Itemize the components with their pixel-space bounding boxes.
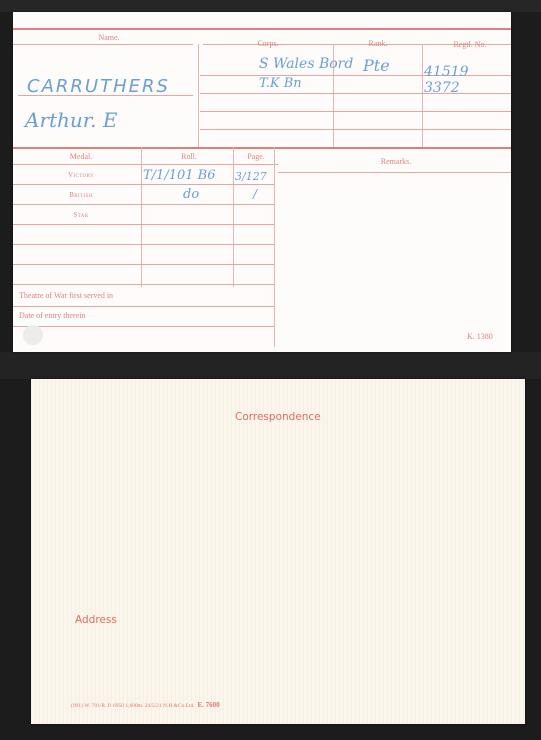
regtl-no-header: Regtl. No.: [453, 40, 486, 49]
medal-row-line: [13, 224, 274, 225]
victory-roll-entry: T/1/101 B6: [143, 168, 215, 183]
corps-header: Corps.: [257, 39, 278, 48]
medal-star-label: Star: [73, 211, 88, 219]
medal-header: Medal.: [70, 152, 92, 161]
correspondence-heading: Correspondence: [235, 411, 321, 423]
regtl-no-entry-1: 41519: [424, 64, 469, 80]
date-rule: [13, 326, 274, 327]
page-header: Page.: [247, 152, 265, 161]
theatre-rule: [13, 306, 274, 307]
scan-background-top: [0, 0, 541, 12]
name-header-rule: [13, 44, 193, 45]
corps-entry-2: T.K Bn: [259, 76, 302, 91]
british-roll-entry: do: [183, 187, 199, 202]
medal-row-line: [13, 264, 274, 265]
name-corps-divider: [198, 44, 199, 149]
rank-entry: Pte: [363, 56, 390, 75]
theatre-of-war-label: Theatre of War first served in: [19, 291, 113, 300]
printer-code: E. 7600: [198, 701, 220, 709]
medal-roll-divider: [141, 147, 142, 287]
top-rule: [13, 28, 511, 30]
british-page-entry: /: [253, 187, 257, 201]
medal-row-line: [13, 284, 274, 285]
row-line: [200, 111, 511, 112]
name-header: Name.: [98, 33, 119, 42]
medal-index-card-back: Correspondence Address (991) W. 701/R. P…: [31, 379, 525, 724]
medal-british-label: British: [69, 191, 93, 199]
roll-header: Roll.: [181, 152, 197, 161]
medal-row-line: [13, 244, 274, 245]
rank-regtl-divider: [422, 44, 423, 149]
address-heading: Address: [75, 614, 117, 626]
printer-imprint: (991) W. 701/R. P. 6950 1,600m. 24/5/21 …: [71, 701, 220, 709]
corps-entry-1: S Wales Bord: [259, 56, 353, 72]
page-remarks-divider: [274, 147, 275, 347]
printer-imprint-text: (991) W. 701/R. P. 6950 1,600m. 24/5/21 …: [71, 703, 195, 709]
row-line: [200, 93, 511, 94]
medal-victory-label: Victory: [68, 171, 94, 179]
remarks-header-rule: [278, 172, 511, 173]
forenames-entry: Arthur. E: [25, 108, 117, 132]
remarks-header: Remarks.: [381, 157, 411, 166]
ink-stamp-mark: [23, 325, 43, 345]
regtl-no-entry-2: 3372: [424, 80, 460, 96]
medal-header-rule: [13, 164, 278, 165]
rank-header: Rank.: [369, 39, 388, 48]
medal-index-card-front: Name. Corps. Rank. Regtl. No. CARRUTHERS…: [13, 12, 511, 352]
row-line: [200, 129, 511, 130]
date-of-entry-label: Date of entry therein: [19, 311, 85, 320]
scan-background-middle: [0, 352, 541, 379]
surname-entry: CARRUTHERS: [27, 76, 170, 97]
section-rule: [13, 147, 511, 149]
roll-page-divider: [233, 147, 234, 287]
victory-page-entry: 3/127: [235, 170, 267, 183]
form-number: K. 1380: [467, 332, 493, 341]
medal-row-line: [13, 184, 274, 185]
medal-row-line: [13, 204, 274, 205]
